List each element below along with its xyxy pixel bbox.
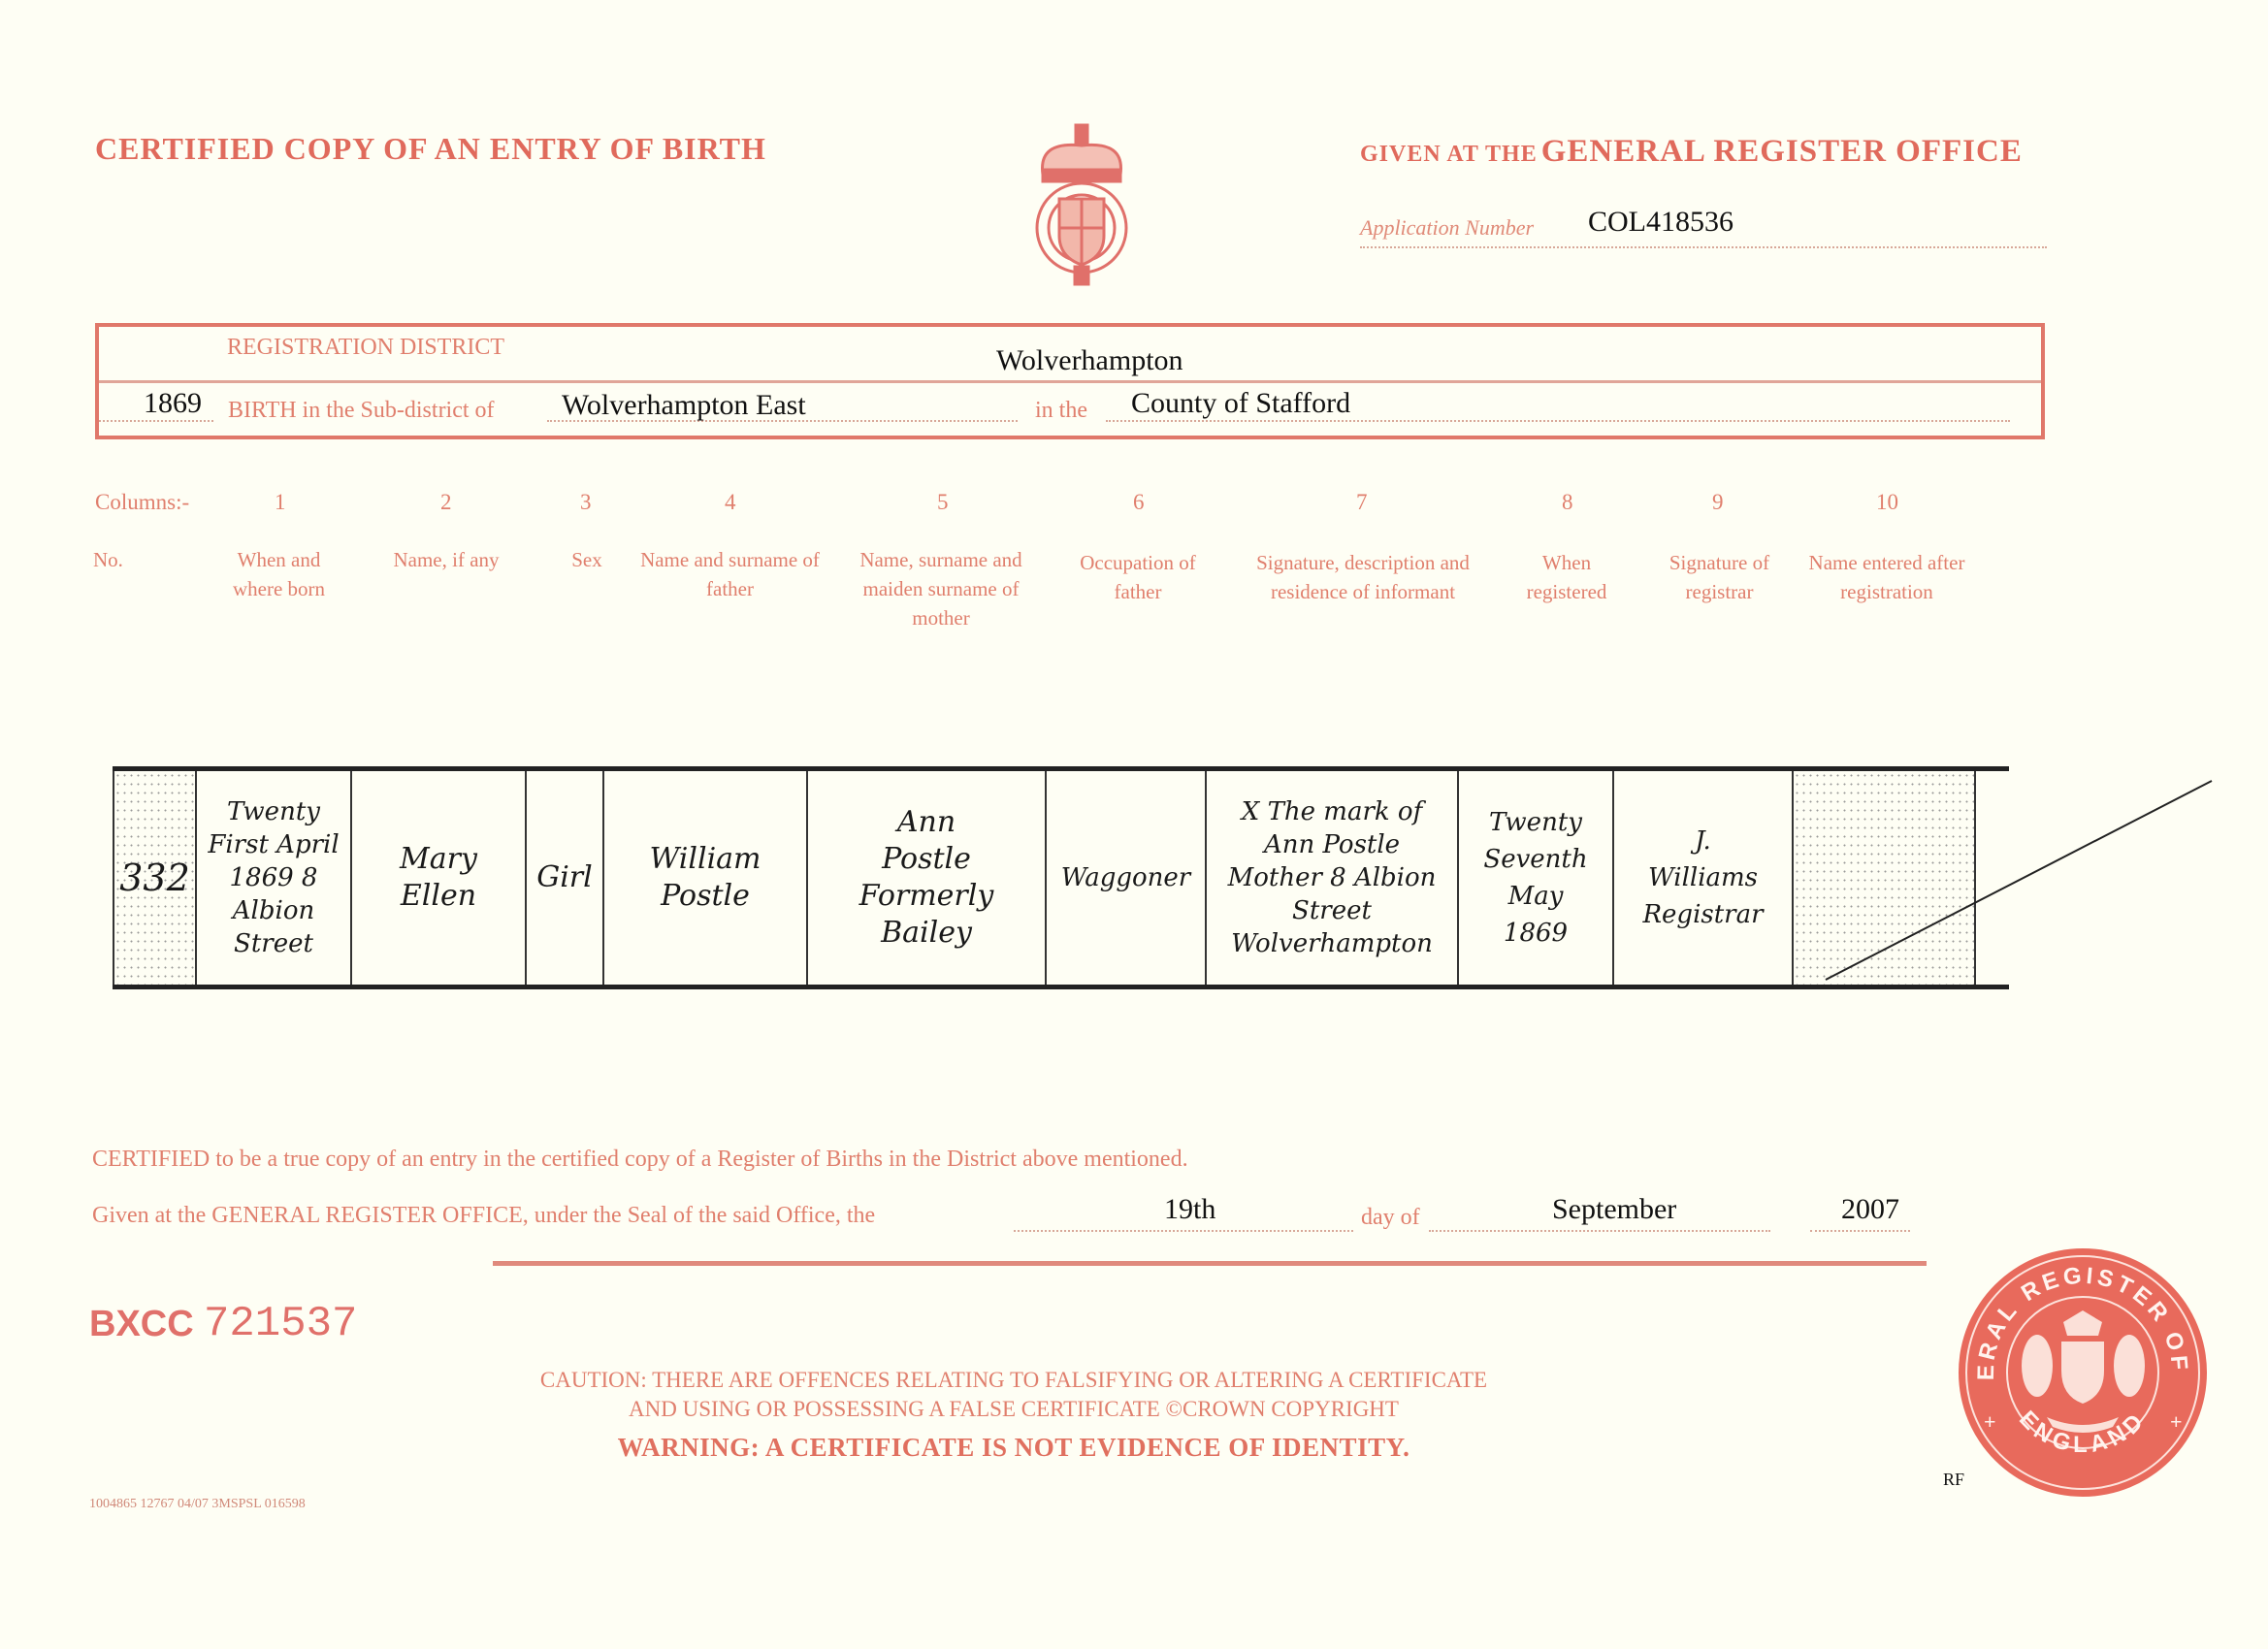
in-the-label: in the: [1035, 398, 1087, 424]
entry-no: 332: [113, 771, 195, 985]
column-header-when-where-born: When and where born: [213, 545, 344, 603]
print-code: 1004865 12767 04/07 3MSPSL 016598: [89, 1497, 306, 1512]
column-header-registrar: Signature of registrar: [1649, 548, 1790, 606]
certification-year: 2007: [1841, 1193, 1899, 1226]
caution-notice: CAUTION: THERE ARE OFFENCES RELATING TO …: [466, 1366, 1562, 1424]
gro-seal-icon: GENERAL REGISTER OFFICE ENGLAND + +: [1955, 1245, 2212, 1502]
column-header-father: Name and surname of father: [635, 545, 825, 603]
birth-entry-row: 332 Twenty First April 1869 8 Albion Str…: [113, 766, 2009, 989]
given-at-label: GIVEN AT THE: [1360, 142, 1538, 167]
svg-text:+: +: [2170, 1409, 2183, 1434]
rf-mark: RF: [1943, 1470, 1964, 1490]
column-header-name-after-registration: Name entered after registration: [1804, 548, 1969, 606]
columns-label: Columns:-: [95, 490, 189, 515]
column-number-8: 8: [1562, 490, 1573, 515]
certification-day: 19th: [1164, 1193, 1215, 1226]
subdistrict-label: BIRTH in the Sub-district of: [228, 398, 495, 424]
identity-warning: WARNING: A CERTIFICATE IS NOT EVIDENCE O…: [466, 1433, 1562, 1463]
entry-father: William Postle: [602, 771, 806, 985]
column-number-6: 6: [1133, 490, 1145, 515]
column-header-occupation: Occupation of father: [1075, 548, 1201, 606]
column-number-7: 7: [1356, 490, 1368, 515]
entry-sex: Girl: [525, 771, 602, 985]
certification-statement: CERTIFIED to be a true copy of an entry …: [92, 1147, 1188, 1173]
serial-number: 721537: [204, 1300, 357, 1348]
entry-when-registered: Twenty Seventh May 1869: [1457, 771, 1612, 985]
given-at-statement: Given at the GENERAL REGISTER OFFICE, un…: [92, 1203, 875, 1229]
office-name: GENERAL REGISTER OFFICE: [1541, 134, 2023, 169]
royal-crest-icon: [1028, 121, 1135, 286]
application-number-field: Application Number COL418536: [1360, 215, 2047, 248]
caution-line-2: AND USING OR POSSESSING A FALSE CERTIFIC…: [466, 1395, 1562, 1424]
serial-prefix: BXCC: [89, 1304, 194, 1345]
application-number-label: Application Number: [1360, 215, 1534, 240]
certificate-title: CERTIFIED COPY OF AN ENTRY OF BIRTH: [95, 131, 766, 167]
divider-rule: [493, 1261, 1927, 1266]
column-header-when-registered: When registered: [1513, 548, 1620, 606]
column-number-10: 10: [1876, 490, 1898, 515]
day-of-label: day of: [1361, 1205, 1420, 1231]
entry-registrar: J. Williams Registrar: [1612, 771, 1792, 985]
column-number-5: 5: [937, 490, 949, 515]
registration-district-value: Wolverhampton: [996, 344, 1183, 377]
cancellation-line: [1824, 776, 2231, 989]
issuing-office-heading: GIVEN AT THE GENERAL REGISTER OFFICE: [1360, 134, 2023, 170]
svg-text:+: +: [1984, 1409, 1996, 1434]
registration-district-label: REGISTRATION DISTRICT: [227, 335, 504, 361]
application-number-value: COL418536: [1588, 206, 1733, 239]
column-number-9: 9: [1712, 490, 1724, 515]
caution-line-1: CAUTION: THERE ARE OFFENCES RELATING TO …: [466, 1366, 1562, 1395]
column-header-mother: Name, surname and maiden surname of moth…: [844, 545, 1038, 632]
registration-year: 1869: [144, 387, 202, 420]
column-header-sex: Sex: [553, 545, 621, 574]
registration-district-box: REGISTRATION DISTRICT Wolverhampton 1869…: [95, 323, 2045, 439]
county-value: County of Stafford: [1131, 387, 1350, 420]
entry-when-where-born: Twenty First April 1869 8 Albion Street: [195, 771, 350, 985]
entry-informant: X The mark of Ann Postle Mother 8 Albion…: [1205, 771, 1457, 985]
column-header-informant: Signature, description and residence of …: [1232, 548, 1494, 606]
certification-month: September: [1552, 1193, 1676, 1226]
column-header-no: No.: [93, 545, 123, 574]
column-number-3: 3: [580, 490, 592, 515]
entry-name: Mary Ellen: [350, 771, 525, 985]
subdistrict-value: Wolverhampton East: [562, 389, 806, 422]
column-number-1: 1: [275, 490, 286, 515]
column-number-2: 2: [440, 490, 452, 515]
entry-occupation: Waggoner: [1045, 771, 1205, 985]
divider: [99, 380, 2041, 383]
entry-mother: Ann Postle Formerly Bailey: [806, 771, 1045, 985]
column-number-4: 4: [725, 490, 736, 515]
column-header-name: Name, if any: [373, 545, 519, 574]
